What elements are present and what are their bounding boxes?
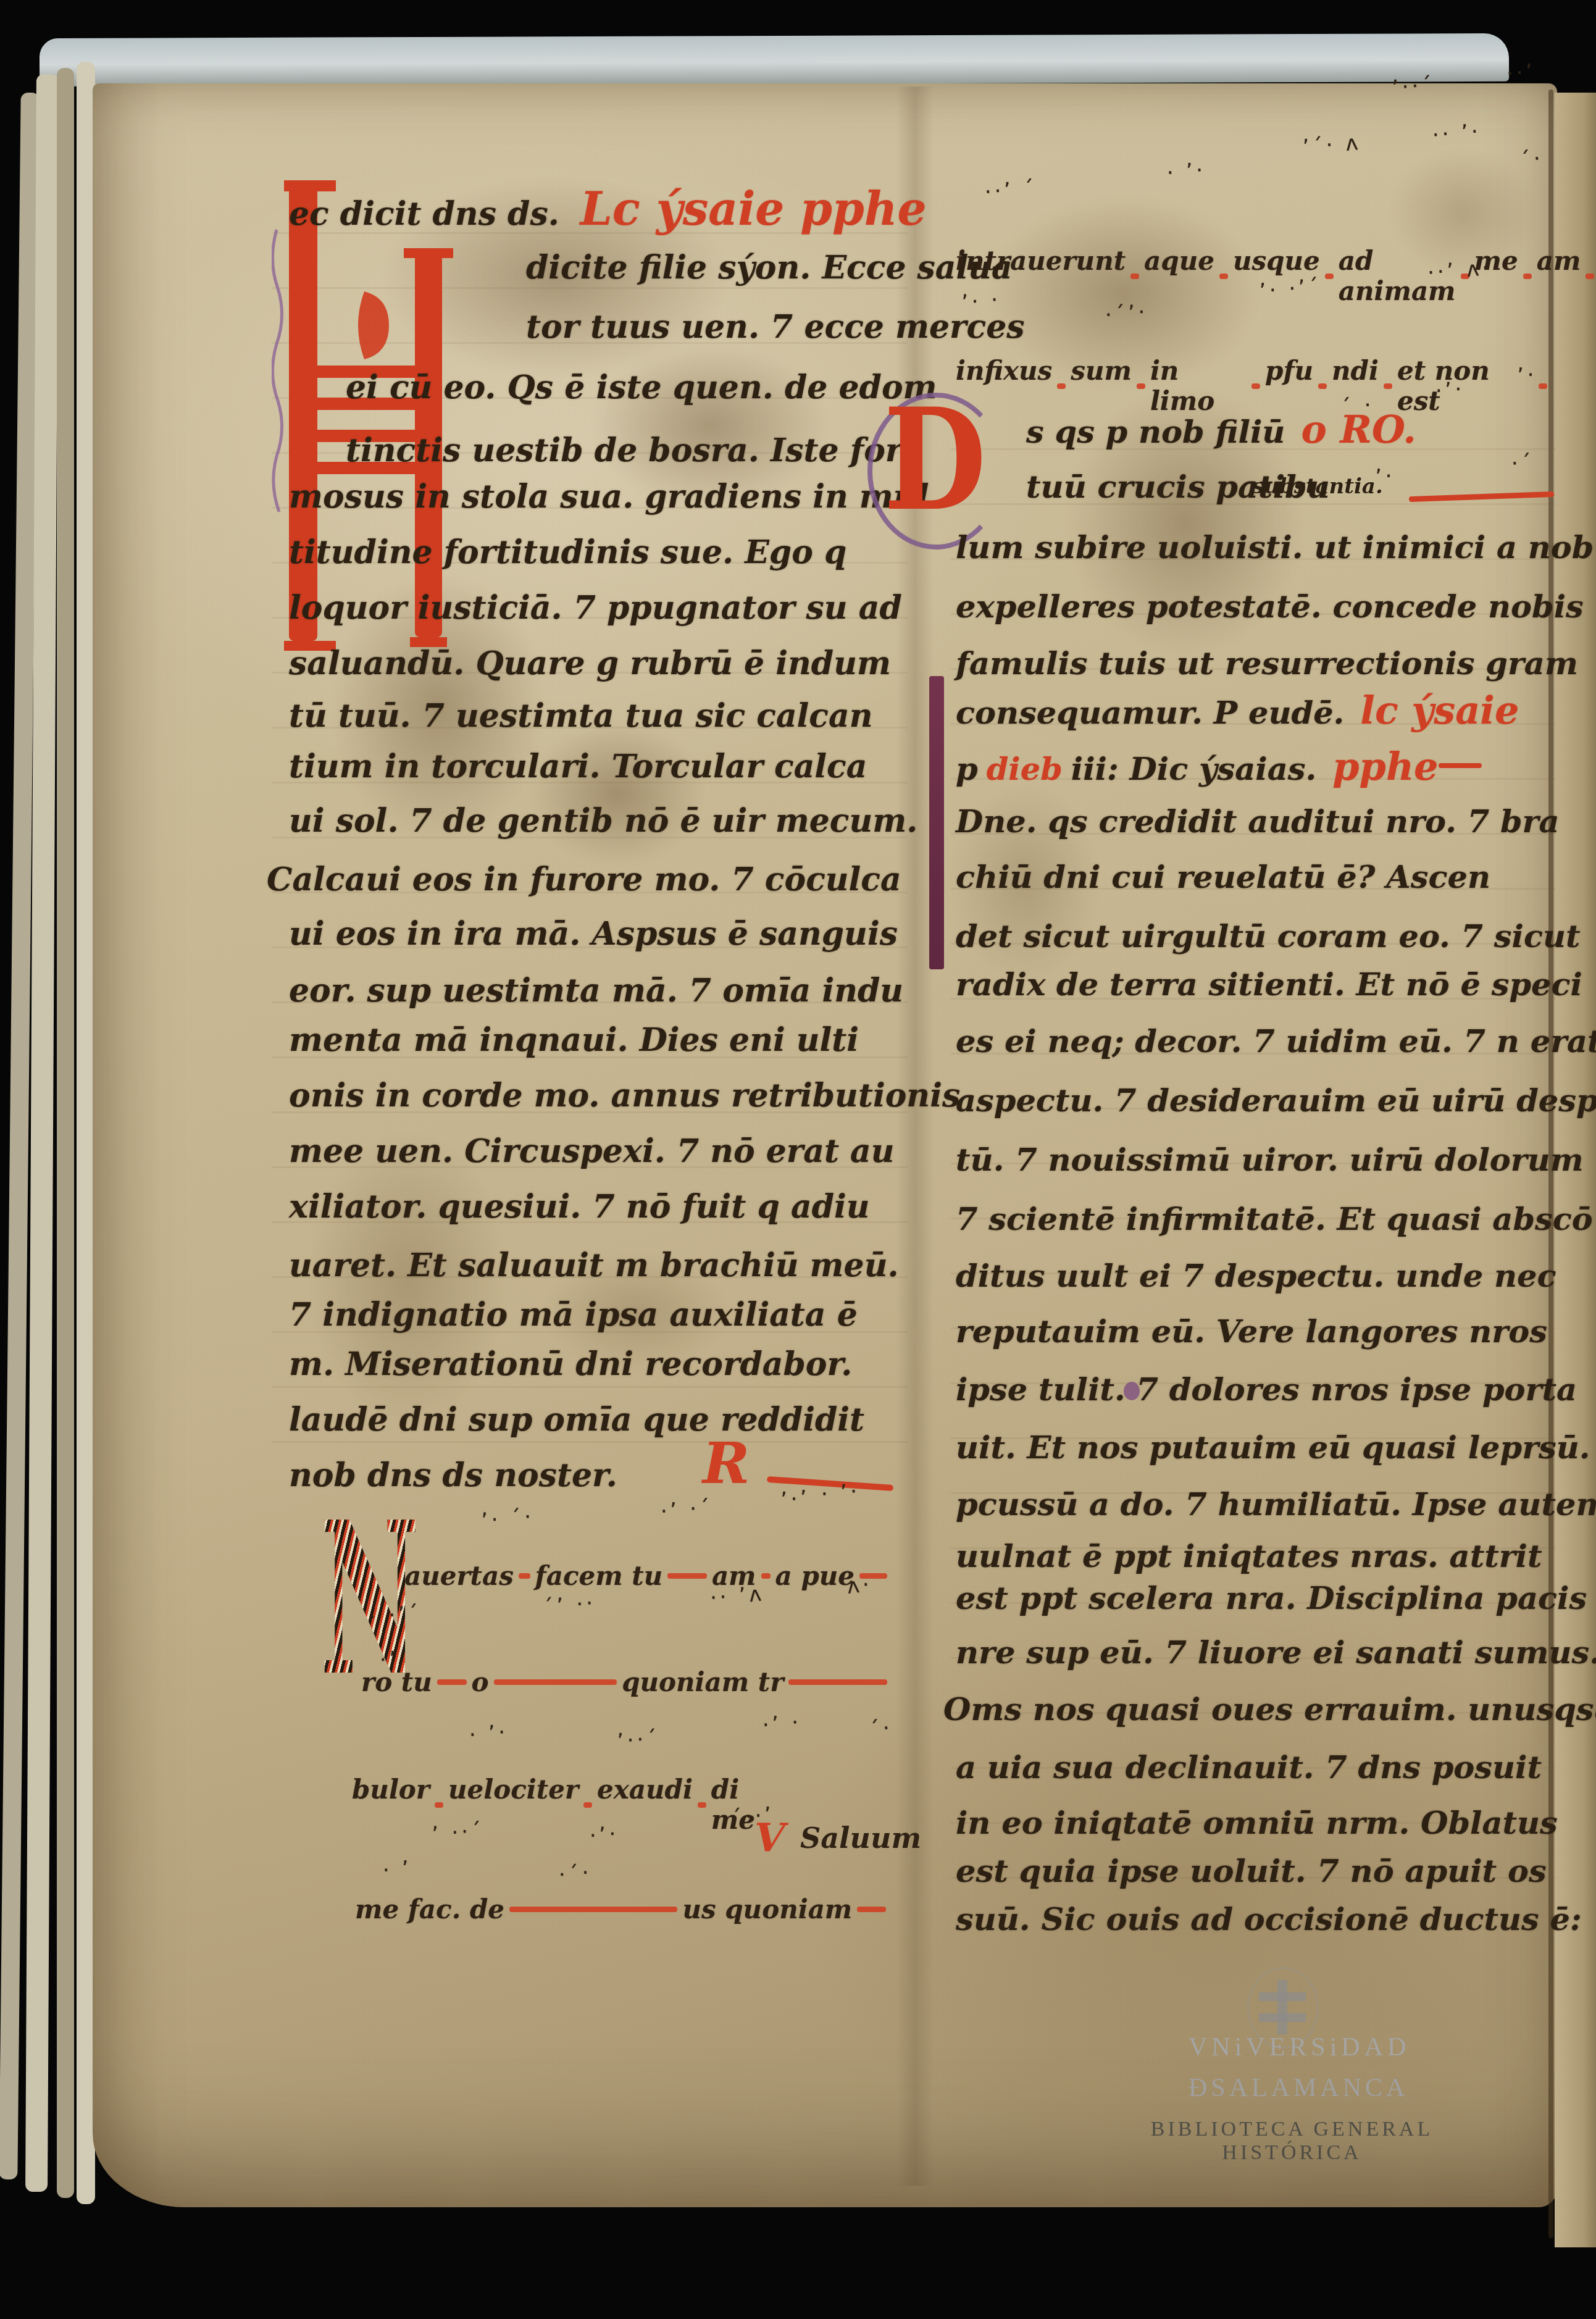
neume-cluster: ʼ· bbox=[1374, 464, 1396, 490]
chant-syllable: intrauerunt bbox=[956, 246, 1126, 276]
chant-syllable: auertas bbox=[404, 1561, 514, 1591]
text-line: uit. Et nos putauim eū quasi leprsū. 7 bbox=[956, 1430, 1596, 1466]
rubric-line bbox=[1439, 763, 1482, 768]
staff-line bbox=[788, 1679, 887, 1685]
text-line: det sicut uirgultū coram eo. 7 sicut bbox=[956, 919, 1581, 955]
staff-line bbox=[1251, 383, 1260, 389]
staff-line bbox=[435, 1802, 443, 1808]
neume-cluster: ·ʼ· bbox=[588, 1821, 620, 1849]
neume-cluster: ˊ··ʼ bbox=[730, 1802, 775, 1831]
line-text: iii: Dic ýsaias. bbox=[1071, 751, 1316, 788]
rubric-word: dieb bbox=[987, 751, 1063, 788]
ink-stain bbox=[531, 722, 704, 864]
chant-incipit: Saluum bbox=[800, 1821, 921, 1855]
neume-cluster: ʼ· · bbox=[961, 287, 1001, 315]
chant-syllable: exaudi bbox=[597, 1774, 693, 1805]
line-text: ec dicit dns ds. bbox=[289, 195, 559, 233]
neume-cluster: ·ʼ · bbox=[761, 1710, 802, 1737]
staff-line bbox=[1137, 383, 1145, 389]
manuscript-photo: ec dicit dns ds.Lc ýsaie pphe dicite fil… bbox=[0, 0, 1596, 2319]
staff-line bbox=[667, 1573, 707, 1579]
text-line: aspectu. 7 desiderauim eū uirū despec bbox=[956, 1083, 1596, 1119]
text-line: xiliator. quesiui. 7 nō fuit q adiu bbox=[289, 1189, 870, 1226]
neume-cluster: ˊ· bbox=[1519, 146, 1544, 172]
text-line: laudē dni sup omīa que reddidit bbox=[289, 1402, 864, 1439]
text-line: eor. sup uestimta mā. 7 omīa indu bbox=[289, 972, 903, 1009]
text-line: dicite filie sýon. Ecce salua bbox=[526, 249, 1013, 286]
text-line: tū tuū. 7 uestimta tua sic calcan bbox=[289, 698, 873, 735]
text-line: pdiebiii: Dic ýsaias.pphe bbox=[956, 745, 1438, 788]
staff-line bbox=[1318, 383, 1327, 389]
neume-cluster: ʼ··ˊ bbox=[616, 1726, 661, 1754]
text-line: reputauim eū. Vere langores nros bbox=[956, 1314, 1547, 1350]
rubric-prophete: pphe bbox=[1332, 744, 1438, 789]
neume-cluster: ··ʼ bbox=[1505, 59, 1537, 86]
chant-text-line: auertas facem tu am a pue bbox=[404, 1561, 892, 1591]
text-line: ipse tulit. 7 dolores nros ipse porta bbox=[956, 1372, 1577, 1408]
text-line: est ppt scelera nra. Disciplina pacis bbox=[956, 1581, 1587, 1617]
neume-cluster: · ʼ· bbox=[820, 1479, 861, 1506]
staff-line bbox=[437, 1679, 467, 1685]
staff-line bbox=[583, 1802, 592, 1808]
chant-text-line: bulor uelociter exaudi di me bbox=[352, 1774, 751, 1835]
text-line: Calcaui eos in furore mo. 7 cōculca bbox=[267, 861, 901, 898]
initial-letter: D bbox=[884, 382, 987, 539]
staff-line bbox=[494, 1679, 617, 1685]
neume-cluster: ʼ·ʼ bbox=[780, 1485, 811, 1513]
page-stack-edge bbox=[57, 68, 74, 2198]
staff-line bbox=[761, 1573, 771, 1579]
text-line: mosus in stola sua. gradiens in mul bbox=[289, 478, 929, 516]
staff-line bbox=[1384, 383, 1392, 389]
text-line: uaret. Et saluauit m brachiū meū. bbox=[289, 1247, 899, 1284]
text-line: consequamur. P eudē.lc ýsaie bbox=[956, 688, 1519, 732]
chant-text-line: me fac. de us quoniam bbox=[355, 1894, 891, 1924]
neume-cluster: ˊ· bbox=[868, 1715, 893, 1742]
neume-cluster: ··ʼ ˊ bbox=[984, 175, 1038, 204]
text-line: a uia sua declinauit. 7 dns posuit bbox=[956, 1750, 1542, 1786]
staff-line bbox=[1219, 274, 1228, 279]
line-text: consequamur. P eudē. bbox=[956, 695, 1344, 732]
staff-line bbox=[1057, 383, 1066, 389]
chant-syllable: facem tu bbox=[535, 1561, 663, 1591]
staff-line bbox=[1523, 274, 1532, 279]
text-line: titudine fortitudinis sue. Ego q bbox=[289, 534, 846, 571]
chant-continuation: substantia. bbox=[1252, 474, 1383, 499]
text-line: saluandū. Quare g rubrū ē indum bbox=[289, 645, 891, 682]
chant-syllable: usque bbox=[1233, 246, 1320, 276]
text-line: pcussū a do. 7 humiliatū. Ipse autem bbox=[956, 1487, 1596, 1523]
line-text: p bbox=[956, 751, 978, 788]
neume-cluster: ʼ ··ˊ bbox=[431, 1818, 485, 1847]
text-line: tium in torculari. Torcular calca bbox=[289, 748, 867, 785]
neume-cluster: ·ˊʼ· bbox=[1104, 299, 1149, 328]
text-line: Oms nos quasi oues errauim. unusqsq; bbox=[943, 1692, 1596, 1728]
neume-cluster: · ʼ· bbox=[1166, 157, 1206, 185]
neume-cluster: ʼˊ· ʌ bbox=[1301, 130, 1362, 160]
illuminated-initial-D: D bbox=[874, 388, 1006, 545]
neume-cluster: ʼ· ˊ· bbox=[480, 1504, 535, 1533]
neume-cluster: ·· ʼʌ bbox=[709, 1581, 766, 1611]
responsory-mark: R bbox=[703, 1430, 750, 1497]
text-line: tū. 7 nouissimū uiror. uirū dolorum bbox=[956, 1142, 1584, 1179]
neume-cluster: · ʼ· bbox=[468, 1719, 509, 1747]
text-line: menta mā inqnaui. Dies eni ulti bbox=[289, 1022, 859, 1059]
text-line: in eo iniqtatē omniū nrm. Oblatus bbox=[956, 1805, 1558, 1842]
neume-cluster: ˊ · bbox=[1340, 393, 1375, 420]
staff-line bbox=[698, 1802, 706, 1808]
text-line: onis in corde mo. annus retributionis bbox=[289, 1077, 960, 1114]
text-line: tor tuus uen. 7 ecce merces bbox=[526, 309, 1025, 346]
text-line: loquor iusticiā. 7 ppugnator su ad bbox=[289, 590, 902, 627]
chant-syllable: ndi bbox=[1332, 356, 1379, 386]
staff-line bbox=[1586, 274, 1594, 279]
neume-cluster: ˊʼ ·· bbox=[542, 1590, 596, 1619]
neume-cluster: ·ʼ bbox=[378, 1647, 400, 1673]
staff-line bbox=[1325, 274, 1334, 279]
text-line: famulis tuis ut resurrectionis gram bbox=[956, 646, 1578, 682]
text-line: ei cū eo. Qs ē iste quen. de edom bbox=[346, 369, 937, 406]
text-line: nre sup eū. 7 liuore ei sanati sumus. bbox=[956, 1635, 1596, 1671]
book-top-edge bbox=[40, 33, 1509, 86]
text-line: tinctis uestib de bosra. Iste for bbox=[346, 432, 902, 469]
staff-line bbox=[519, 1573, 530, 1579]
chant-syllable: et non est bbox=[1397, 356, 1534, 416]
chant-syllable: quoniam tr bbox=[622, 1667, 783, 1697]
staff-line bbox=[857, 1907, 886, 1912]
text-line: expelleres potestatē. concede nobis bbox=[956, 589, 1584, 625]
watermark-salamanca: ÐSALAMANCA bbox=[1189, 2073, 1374, 2103]
chant-syllable: us quoniam bbox=[682, 1894, 852, 1924]
chant-syllable: o bbox=[472, 1667, 489, 1697]
neume-cluster: ʼ· bbox=[1516, 362, 1538, 389]
neume-cluster: ʼ··ˊ bbox=[1391, 72, 1436, 101]
text-line: lum subire uoluisti. ut inimici a nob bbox=[956, 530, 1594, 566]
chant-syllable: sum bbox=[1071, 356, 1132, 386]
watermark-library: BIBLIOTECA GENERAL HISTÓRICA bbox=[1124, 2118, 1460, 2165]
rubric-lectio: Lc ýsaie pphe bbox=[580, 183, 927, 236]
text-line: m. Miserationū dni recordabor. bbox=[289, 1346, 852, 1383]
chant-syllable: pfu bbox=[1265, 356, 1313, 386]
neume-cluster: · ·ʼˊ bbox=[368, 1600, 422, 1629]
rubric-lectio: lc ýsaie bbox=[1360, 688, 1519, 733]
neume-cluster: ·ʼ ·ˊ bbox=[659, 1495, 714, 1524]
chant-text-line: ro tu o quoniam tr bbox=[361, 1667, 892, 1697]
neume-cluster: ·· ʼ· bbox=[1431, 119, 1482, 148]
text-line: ec dicit dns ds.Lc ýsaie pphe bbox=[289, 186, 927, 233]
text-line: Dne. qs credidit auditui nro. 7 bra bbox=[956, 804, 1559, 840]
text-line: chiū dni cui reuelatū ē? Ascen bbox=[956, 859, 1490, 896]
text-line: suū. Sic ouis ad occisionē ductus ē: bbox=[956, 1902, 1582, 1938]
chant-syllable: bulor bbox=[352, 1774, 430, 1805]
text-line: mee uen. Circuspexi. 7 nō erat au bbox=[289, 1133, 895, 1170]
line-text: s qs p nob filiū bbox=[1026, 414, 1285, 451]
chant-syllable: me fac. de bbox=[355, 1894, 504, 1924]
staff-line bbox=[1130, 274, 1139, 279]
initial-bar-I bbox=[929, 676, 944, 969]
chant-syllable: a pue bbox=[775, 1561, 854, 1591]
watermark-university: VNiVERSiDAD bbox=[1189, 2033, 1374, 2062]
text-line: est quia ipse uoluit. 7 nō apuit os bbox=[956, 1853, 1547, 1890]
text-line: uulnat ē ppt iniqtates nras. attrit bbox=[956, 1539, 1542, 1575]
neume-cluster: ·ˊ bbox=[1510, 449, 1535, 476]
chant-syllable: uelociter bbox=[448, 1774, 579, 1805]
chant-syllable: ro tu bbox=[361, 1667, 432, 1697]
text-line: ui sol. 7 de gentib nō ē uir mecum. bbox=[289, 803, 917, 840]
text-line: ui eos in ira mā. Aspsus ē sanguis bbox=[289, 916, 898, 953]
staff-line bbox=[509, 1907, 677, 1912]
chant-syllable: aque bbox=[1144, 246, 1214, 276]
text-line: 7 scientē infirmitatē. Et quasi abscō bbox=[956, 1201, 1593, 1238]
chant-syllable: am bbox=[1537, 246, 1581, 276]
neume-cluster: ʌ· bbox=[846, 1572, 873, 1598]
neume-cluster: ·ʼ· bbox=[1434, 377, 1466, 404]
text-line: es ei neq; decor. 7 uidim eū. 7 n erat bbox=[956, 1024, 1596, 1060]
text-line: 7 indignatio mā ipsa auxiliata ē bbox=[289, 1297, 858, 1334]
text-line: ditus uult ei 7 despectu. unde nec bbox=[956, 1258, 1556, 1295]
staff-line bbox=[1539, 383, 1547, 389]
neume-cluster: ·ˊ· bbox=[558, 1860, 593, 1888]
neume-cluster: · ʼ bbox=[382, 1856, 413, 1883]
pen-flourish bbox=[272, 230, 282, 512]
text-line: radix de terra sitienti. Et nō ē speci bbox=[956, 967, 1582, 1003]
